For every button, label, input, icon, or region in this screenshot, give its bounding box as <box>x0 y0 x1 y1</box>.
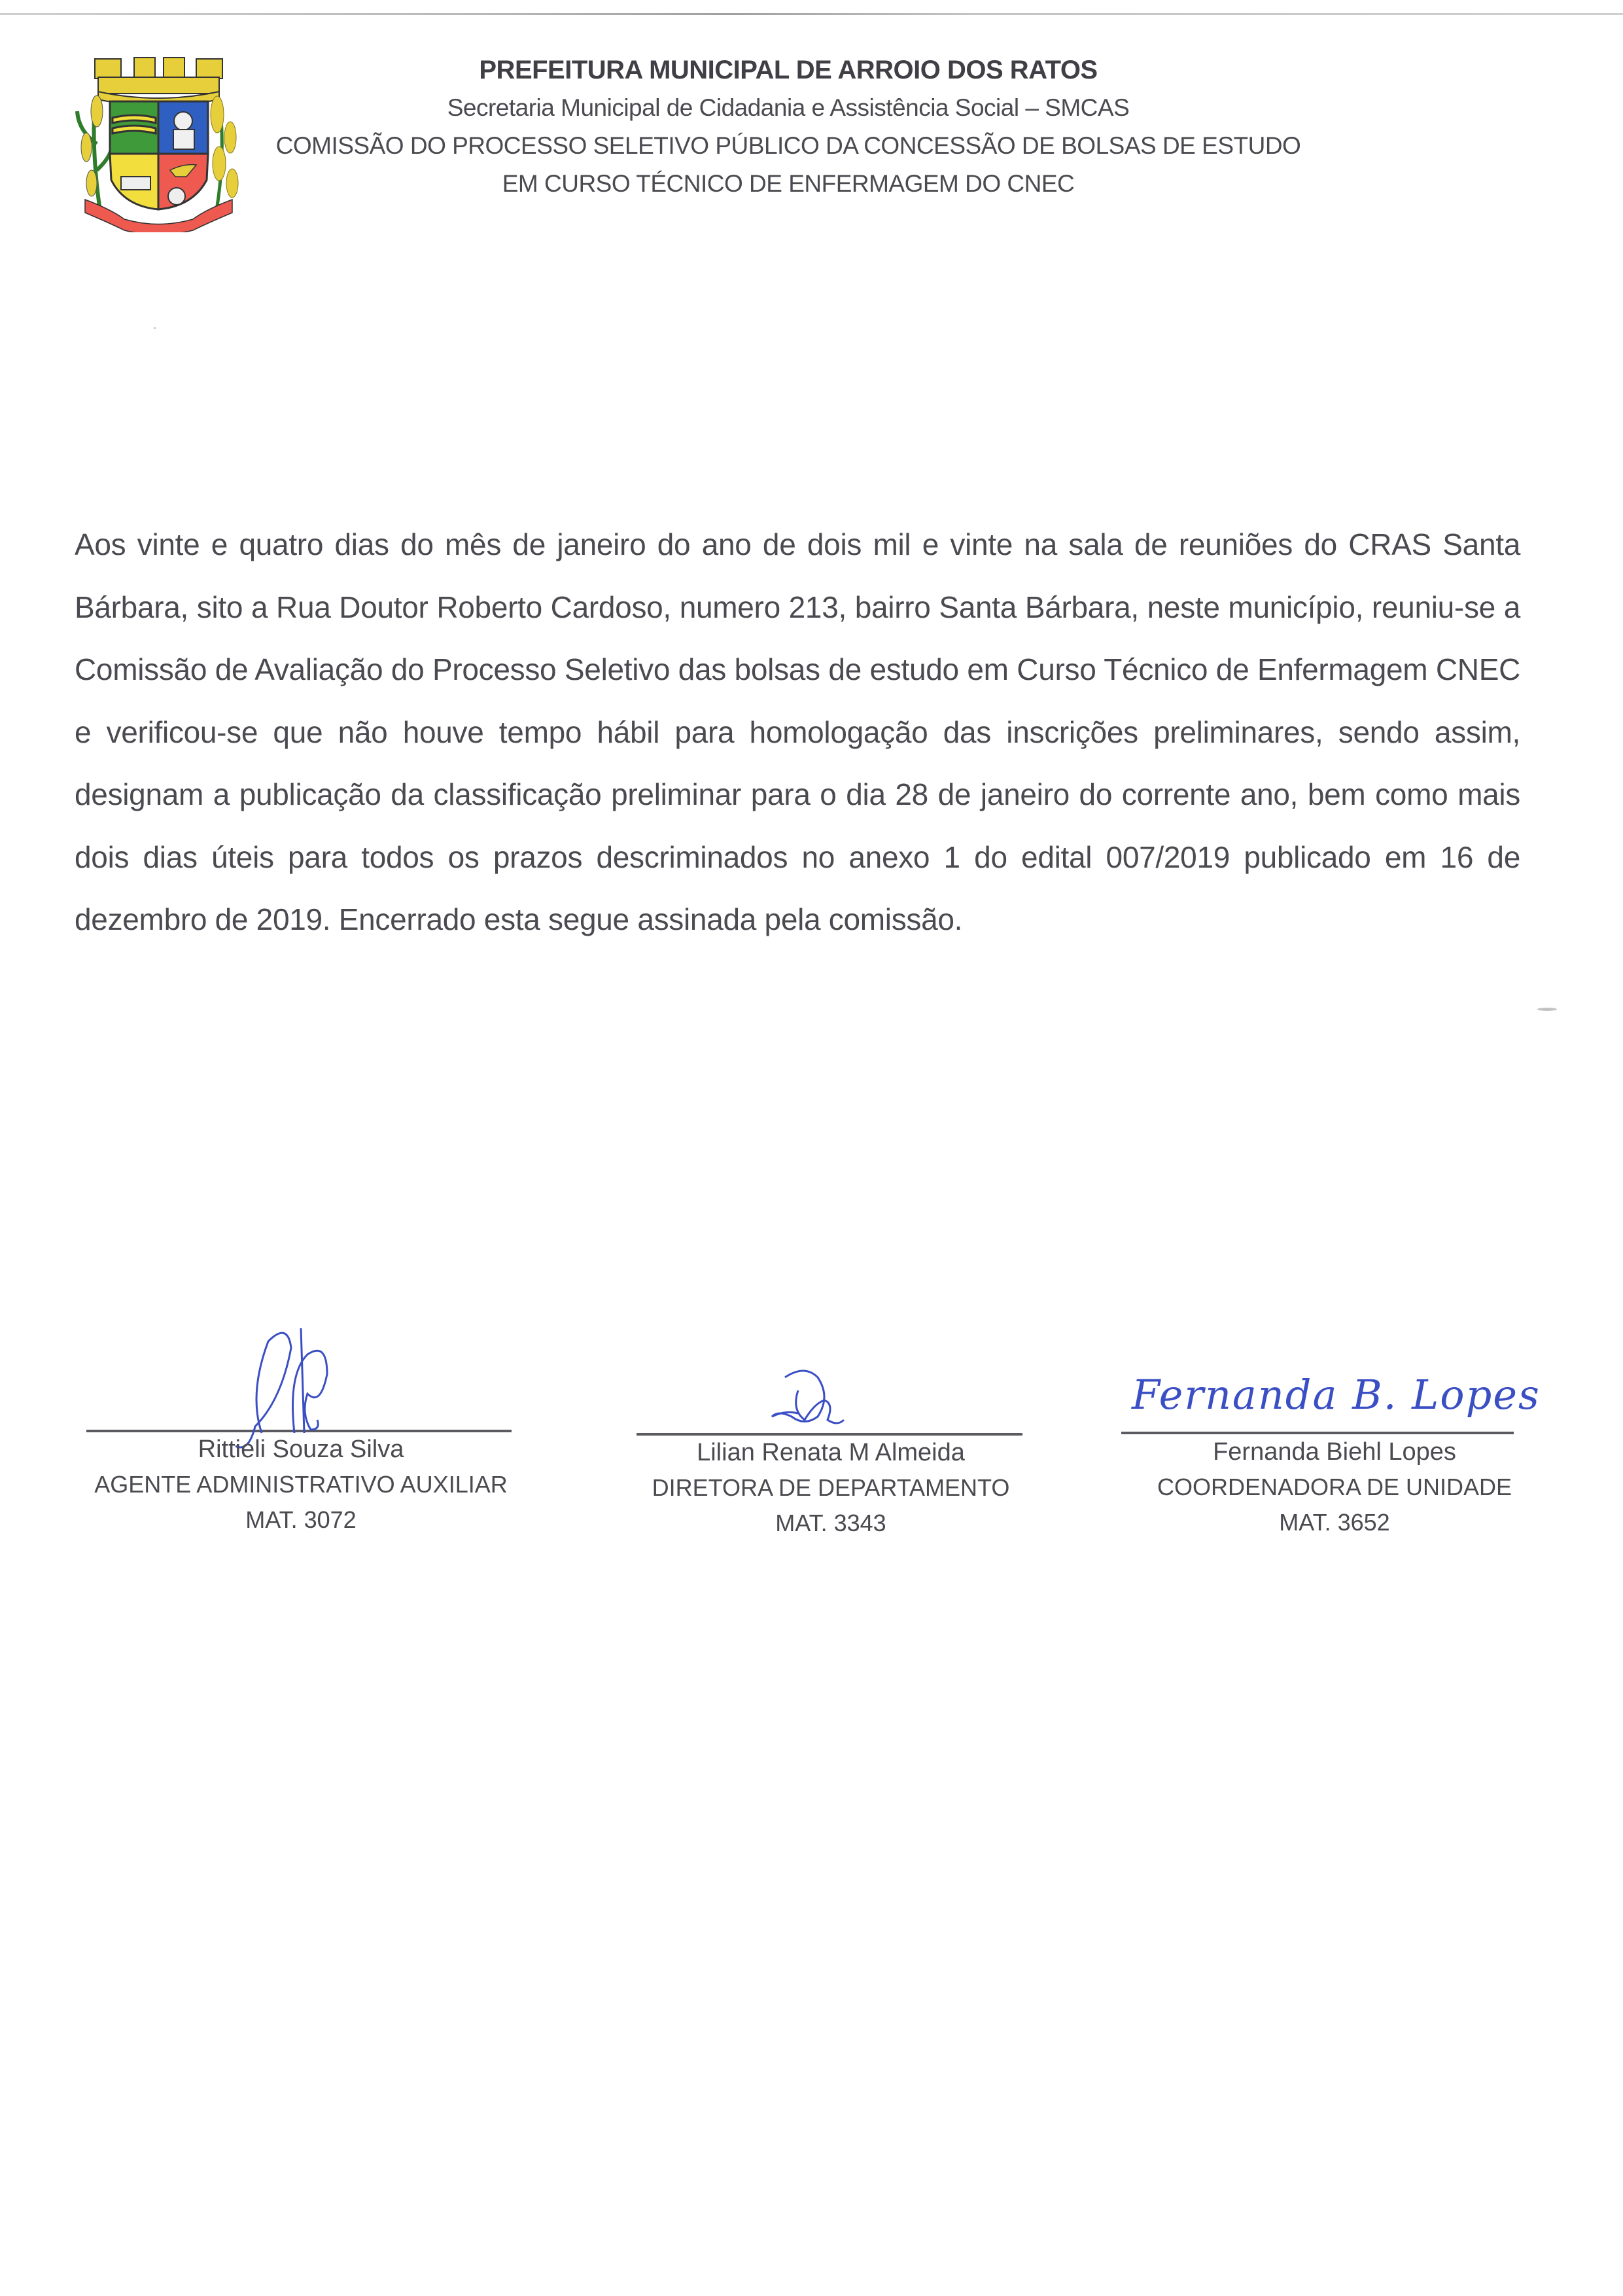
commission-line-2: EM CURSO TÉCNICO DE ENFERMAGEM DO CNEC <box>249 165 1328 203</box>
municipal-coat-of-arms-icon <box>72 52 245 232</box>
signatory-registration: MAT. 3652 <box>1099 1505 1570 1540</box>
signatory-name: Rittieli Souza Silva <box>65 1432 536 1467</box>
signatory-registration: MAT. 3072 <box>65 1502 536 1538</box>
signatory-role: COORDENADORA DE UNIDADE <box>1099 1470 1570 1505</box>
scan-artifact <box>1537 1008 1557 1011</box>
signatory-2: Lilian Renata M Almeida DIRETORA DE DEPA… <box>615 1435 1047 1541</box>
signatory-registration: MAT. 3343 <box>615 1506 1047 1541</box>
scan-top-edge <box>0 13 1623 15</box>
commission-line-1: COMISSÃO DO PROCESSO SELETIVO PÚBLICO DA… <box>249 127 1328 165</box>
letterhead: PREFEITURA MUNICIPAL DE ARROIO DOS RATOS… <box>249 51 1328 203</box>
scan-artifact <box>154 327 156 329</box>
signatory-name: Fernanda Biehl Lopes <box>1099 1434 1570 1470</box>
signatory-role: DIRETORA DE DEPARTAMENTO <box>615 1470 1047 1506</box>
signatory-name: Lilian Renata M Almeida <box>615 1435 1047 1470</box>
minutes-paragraph: Aos vinte e quatro dias do mês de janeir… <box>75 514 1520 951</box>
secretariat-name: Secretaria Municipal de Cidadania e Assi… <box>249 89 1328 127</box>
handwritten-signature-icon <box>765 1364 857 1430</box>
signatory-3: Fernanda Biehl Lopes COORDENADORA DE UNI… <box>1099 1434 1570 1540</box>
handwritten-signature-icon: Fernanda B. Lopes <box>1132 1371 1541 1419</box>
signatory-role: AGENTE ADMINISTRATIVO AUXILIAR <box>65 1467 536 1502</box>
signatory-1: Rittieli Souza Silva AGENTE ADMINISTRATI… <box>65 1432 536 1538</box>
prefecture-title: PREFEITURA MUNICIPAL DE ARROIO DOS RATOS <box>249 51 1328 89</box>
